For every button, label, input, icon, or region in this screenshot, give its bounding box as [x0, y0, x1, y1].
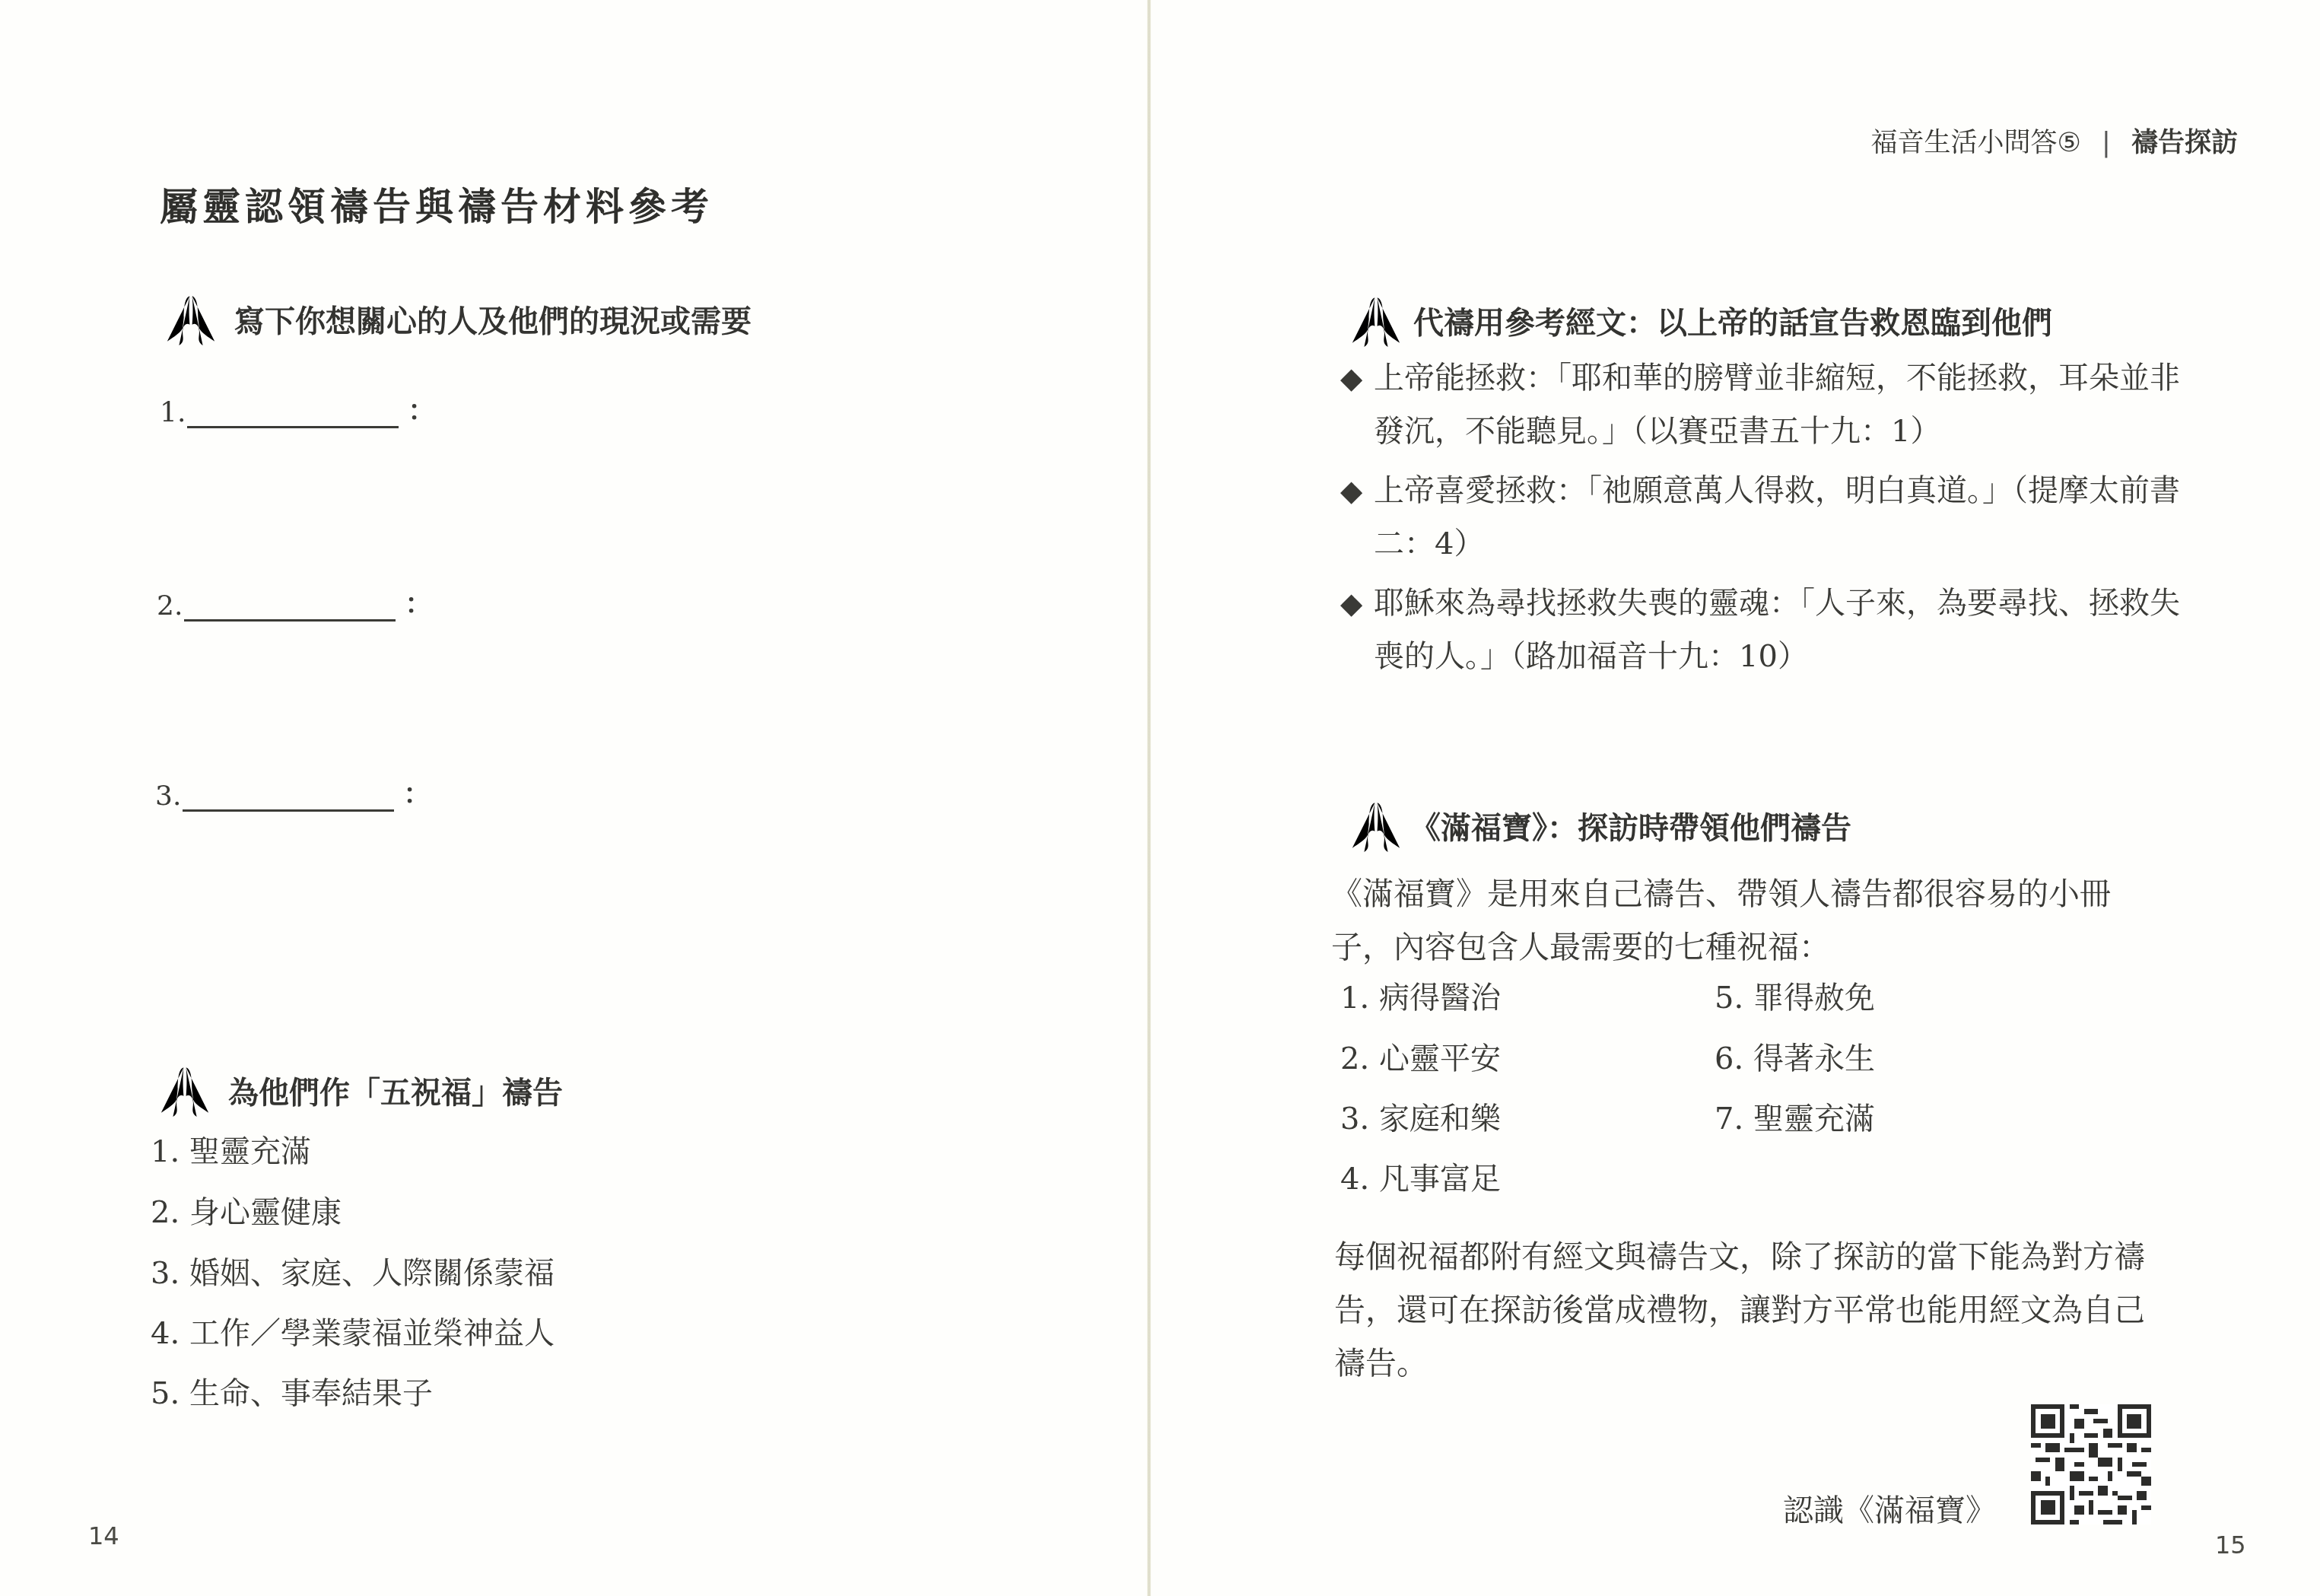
blank-line-2-field[interactable]: [184, 596, 396, 622]
chapter-title: 禱告探訪: [2131, 128, 2238, 158]
list-item: 2. 身心靈健康: [151, 1197, 342, 1228]
blessing-item: 1. 病得醫治: [1340, 983, 1501, 1013]
section-heading-text: 代禱用參考經文：以上帝的話宣告救恩臨到他們: [1413, 299, 2052, 342]
verse-text: 上帝能拯救：「耶和華的膀臂並非縮短，不能拯救，耳朵並非發沉，不能聽見。」（以賽亞…: [1374, 361, 2180, 449]
blank-colon: ：: [403, 773, 431, 812]
blank-row-2: 2. ：: [157, 583, 432, 622]
list-item: 3. 婚姻、家庭、人際關係蒙福: [151, 1258, 555, 1289]
praying-hands-icon: [1346, 291, 1406, 350]
blessing-item: 3. 家庭和樂: [1340, 1104, 1501, 1134]
section-heading-reference-verses: 代禱用參考經文：以上帝的話宣告救恩臨到他們: [1346, 291, 2052, 350]
book-gutter: [1147, 0, 1151, 1596]
page-title: 屬靈認領禱告與禱告材料參考: [160, 176, 713, 231]
blank-colon: ：: [405, 583, 432, 622]
right-page: 福音生活小問答⑤ | 禱告探訪 代禱用參考經文：以上帝的話宣告救恩臨到他們 ◆上…: [1152, 0, 2320, 1596]
praying-hands-icon: [161, 289, 221, 348]
qr-code-icon[interactable]: [2031, 1404, 2151, 1524]
section-heading-five-blessings: 為他們作「五祝福」禱告: [155, 1060, 563, 1120]
verse-text: 上帝喜愛拯救：「祂願意萬人得救，明白真道。」（提摩太前書二：4）: [1374, 473, 2180, 561]
page-number: 14: [88, 1521, 119, 1550]
blank-label: 3.: [155, 781, 181, 812]
section-heading-text: 《滿福寶》：探訪時帶領他們禱告: [1410, 804, 1851, 847]
diamond-bullet-icon: ◆: [1340, 577, 1374, 630]
header-separator: |: [2102, 128, 2111, 158]
blank-colon: ：: [408, 389, 435, 428]
blessing-item: 7. 聖靈充滿: [1715, 1104, 1875, 1134]
praying-hands-icon: [155, 1060, 215, 1120]
blessing-item: 5. 罪得赦免: [1715, 983, 1875, 1013]
section-heading-write-people: 寫下你想關心的人及他們的現況或需要: [161, 289, 752, 348]
verse-text: 耶穌來為尋找拯救失喪的靈魂：「人子來，為要尋找、拯救失喪的人。」（路加福音十九：…: [1374, 586, 2180, 674]
page-number: 15: [2215, 1531, 2246, 1559]
section-heading-text: 寫下你想關心的人及他們的現況或需要: [234, 297, 752, 341]
list-item: 1. 聖靈充滿: [151, 1137, 311, 1167]
blessing-item: 2. 心靈平安: [1340, 1044, 1501, 1074]
manfubao-intro: 《滿福寶》是用來自己禱告、帶領人禱告都很容易的小冊子，內容包含人最需要的七種祝福…: [1331, 867, 2153, 974]
diamond-bullet-icon: ◆: [1340, 351, 1374, 405]
diamond-bullet-icon: ◆: [1340, 464, 1374, 517]
blank-row-1: 1. ：: [160, 389, 435, 428]
manfubao-closing: 每個祝福都附有經文與禱告文，除了探訪的當下能為對方禱告，還可在探訪後當成禮物，讓…: [1334, 1230, 2163, 1390]
blank-label: 1.: [160, 397, 186, 428]
left-page: 屬靈認領禱告與禱告材料參考 寫下你想關心的人及他們的現況或需要 1. ： 2. …: [0, 0, 1149, 1596]
section-heading-text: 為他們作「五祝福」禱告: [228, 1069, 563, 1112]
section-heading-manfubao: 《滿福寶》：探訪時帶領他們禱告: [1346, 796, 1851, 855]
list-item: 5. 生命、事奉結果子: [151, 1378, 433, 1409]
verse-item: ◆上帝能拯救：「耶和華的膀臂並非縮短，不能拯救，耳朵並非發沉，不能聽見。」（以賽…: [1340, 351, 2180, 458]
qr-caption: 認識《滿福寶》: [1783, 1486, 1996, 1530]
blessing-item: 4. 凡事富足: [1340, 1164, 1501, 1194]
blank-label: 2.: [157, 590, 183, 622]
blank-line-3-field[interactable]: [183, 787, 394, 812]
verse-item: ◆上帝喜愛拯救：「祂願意萬人得救，明白真道。」（提摩太前書二：4）: [1340, 464, 2180, 571]
blessing-item: 6. 得著永生: [1715, 1044, 1875, 1074]
verse-item: ◆耶穌來為尋找拯救失喪的靈魂：「人子來，為要尋找、拯救失喪的人。」（路加福音十九…: [1340, 577, 2180, 683]
series-title: 福音生活小問答⑤: [1871, 128, 2081, 158]
list-item: 4. 工作／學業蒙福並榮神益人: [151, 1318, 555, 1349]
praying-hands-icon: [1346, 796, 1406, 855]
blank-row-3: 3. ：: [155, 773, 431, 812]
blank-line-1-field[interactable]: [187, 403, 399, 428]
running-head: 福音生活小問答⑤ | 禱告探訪: [1871, 122, 2238, 160]
